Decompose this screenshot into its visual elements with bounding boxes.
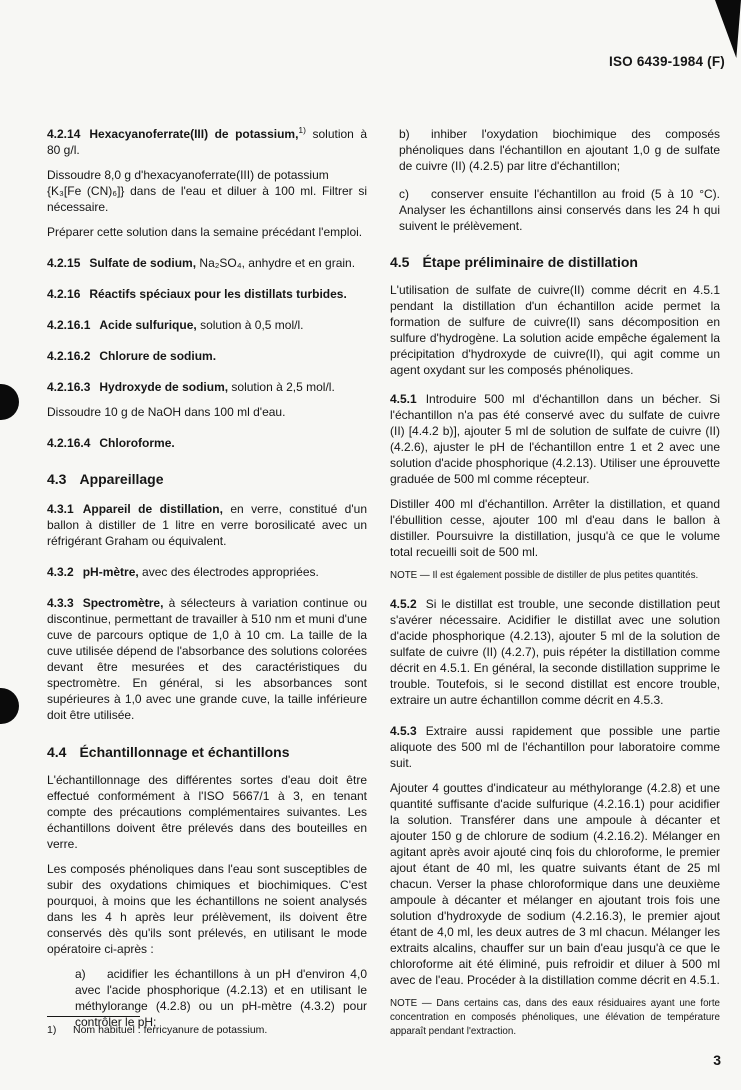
section-title: Échantillonnage et échantillons: [79, 744, 289, 760]
footnote-divider: [47, 1016, 140, 1017]
clause-title: Hexacyanoferrate(III) de potassium,: [89, 127, 298, 141]
clause-4-2-16: 4.2.16Réactifs spéciaux pour les distill…: [47, 286, 367, 302]
clause-4-2-16-1: 4.2.16.1Acide sulfurique, solution à 0,5…: [47, 317, 367, 333]
paragraph-text: {K₃[Fe (CN)₆]} dans de l'eau et diluer à…: [47, 184, 367, 214]
section-number: 4.4: [47, 744, 66, 760]
footnote-text: Nom habituel : ferricyanure de potassium…: [73, 1024, 267, 1036]
clause-number: 4.5.3: [390, 724, 417, 738]
clause-title: Spectromètre,: [83, 596, 164, 610]
page-number: 3: [713, 1052, 721, 1068]
clause-4-2-16-2: 4.2.16.2Chlorure de sodium.: [47, 348, 367, 364]
paragraph-text: Dissoudre 8,0 g d'hexacyanoferrate(III) …: [47, 168, 329, 182]
footnote-reference: 1): [298, 125, 306, 135]
clause-4-2-14: 4.2.14Hexacyanoferrate(III) de potassium…: [47, 126, 367, 158]
section-heading-4-5: 4.5Étape préliminaire de distillation: [390, 254, 720, 271]
note-eaux-residuaires: NOTE — Dans certains cas, dans des eaux …: [390, 997, 720, 1039]
clause-4-5-2: 4.5.2Si le distillat est trouble, une se…: [390, 596, 720, 708]
clause-text: Extraire aussi rapidement que possible u…: [390, 724, 720, 770]
clause-number: 4.2.16: [47, 287, 80, 301]
list-item-label: a): [75, 966, 107, 982]
clause-text: Introduire 500 ml d'échantillon dans un …: [390, 392, 720, 486]
clause-number: 4.2.15: [47, 256, 80, 270]
clause-text: Na₂SO₄, anhydre et en grain.: [196, 256, 355, 270]
section-heading-4-4: 4.4Échantillonnage et échantillons: [47, 744, 367, 761]
list-item-c: c)conserver ensuite l'échantillon au fro…: [399, 186, 720, 234]
section-title: Appareillage: [79, 471, 163, 487]
note-petites-quantites: NOTE — Il est également possible de dist…: [390, 569, 720, 583]
clause-4-3-2: 4.3.2pH-mètre, avec des électrodes appro…: [47, 564, 367, 580]
section-number: 4.5: [390, 254, 409, 270]
scan-corner-mark: [715, 0, 741, 58]
clause-4-2-15: 4.2.15Sulfate de sodium, Na₂SO₄, anhydre…: [47, 255, 367, 271]
clause-number: 4.3.2: [47, 565, 74, 579]
clause-4-2-16-4: 4.2.16.4Chloroforme.: [47, 435, 367, 451]
punch-hole-top: [0, 384, 19, 420]
clause-number: 4.5.2: [390, 597, 417, 611]
clause-4-5-3: 4.5.3Extraire aussi rapidement que possi…: [390, 723, 720, 771]
paragraph-dissoudre-hexacyanoferrate: Dissoudre 8,0 g d'hexacyanoferrate(III) …: [47, 167, 367, 215]
clause-4-3-3: 4.3.3Spectromètre, à sélecteurs à variat…: [47, 595, 367, 723]
clause-title: pH-mètre,: [83, 565, 139, 579]
clause-number: 4.2.16.3: [47, 380, 90, 394]
clause-title: Chloroforme.: [99, 436, 174, 450]
section-title: Étape préliminaire de distillation: [422, 254, 638, 270]
list-item-label: b): [399, 126, 431, 142]
clause-title: Hydroxyde de sodium,: [99, 380, 228, 394]
paragraph-dissoudre-naoh: Dissoudre 10 g de NaOH dans 100 ml d'eau…: [47, 404, 367, 420]
left-column: 4.2.14Hexacyanoferrate(III) de potassium…: [47, 126, 367, 1030]
paragraph-preparer: Préparer cette solution dans la semaine …: [47, 224, 367, 240]
clause-text: à sélecteurs à variation continue ou dis…: [47, 596, 367, 722]
footnote-body: 1)Nom habituel : ferricyanure de potassi…: [47, 1023, 387, 1037]
paragraph-utilisation-sulfate: L'utilisation de sulfate de cuivre(II) c…: [390, 282, 720, 378]
clause-number: 4.2.14: [47, 127, 80, 141]
document-page: ISO 6439-1984 (F) 4.2.14Hexacyanoferrate…: [0, 0, 741, 1090]
clause-number: 4.2.16.1: [47, 318, 90, 332]
paragraph-echantillonnage: L'échantillonnage des différentes sortes…: [47, 772, 367, 852]
clause-number: 4.2.16.2: [47, 349, 90, 363]
clause-text: solution à 2,5 mol/l.: [228, 380, 335, 394]
clause-4-5-1: 4.5.1Introduire 500 ml d'échantillon dan…: [390, 391, 720, 487]
clause-number: 4.3.1: [47, 502, 74, 516]
clause-text: solution à 0,5 mol/l.: [197, 318, 304, 332]
footnote-marker: 1): [47, 1023, 73, 1037]
clause-title: Acide sulfurique,: [99, 318, 196, 332]
clause-text: avec des électrodes appropriées.: [139, 565, 319, 579]
clause-title: Réactifs spéciaux pour les distillats tu…: [89, 287, 346, 301]
list-item-b: b)inhiber l'oxydation biochimique des co…: [399, 126, 720, 174]
section-number: 4.3: [47, 471, 66, 487]
clause-number: 4.2.16.4: [47, 436, 90, 450]
clause-number: 4.3.3: [47, 596, 74, 610]
clause-title: Sulfate de sodium,: [89, 256, 196, 270]
paragraph-ajouter-gouttes: Ajouter 4 gouttes d'indicateur au méthyl…: [390, 780, 720, 988]
punch-hole-bottom: [0, 688, 19, 724]
section-heading-4-3: 4.3Appareillage: [47, 471, 367, 488]
list-item-label: c): [399, 186, 431, 202]
clause-number: 4.5.1: [390, 392, 417, 406]
right-column: b)inhiber l'oxydation biochimique des co…: [390, 126, 720, 1039]
document-reference: ISO 6439-1984 (F): [609, 54, 725, 69]
paragraph-composes-phenoliques: Les composés phénoliques dans l'eau sont…: [47, 861, 367, 957]
clause-title: Appareil de distillation,: [83, 502, 223, 516]
list-item-text: inhiber l'oxydation biochimique des comp…: [399, 127, 720, 173]
paragraph-distiller: Distiller 400 ml d'échantillon. Arrêter …: [390, 496, 720, 560]
clause-title: Chlorure de sodium.: [99, 349, 216, 363]
footnote: 1)Nom habituel : ferricyanure de potassi…: [47, 1016, 387, 1037]
clause-4-2-16-3: 4.2.16.3Hydroxyde de sodium, solution à …: [47, 379, 367, 395]
clause-4-3-1: 4.3.1Appareil de distillation, en verre,…: [47, 501, 367, 549]
list-item-text: conserver ensuite l'échantillon au froid…: [399, 187, 720, 233]
clause-text: Si le distillat est trouble, une seconde…: [390, 597, 720, 707]
